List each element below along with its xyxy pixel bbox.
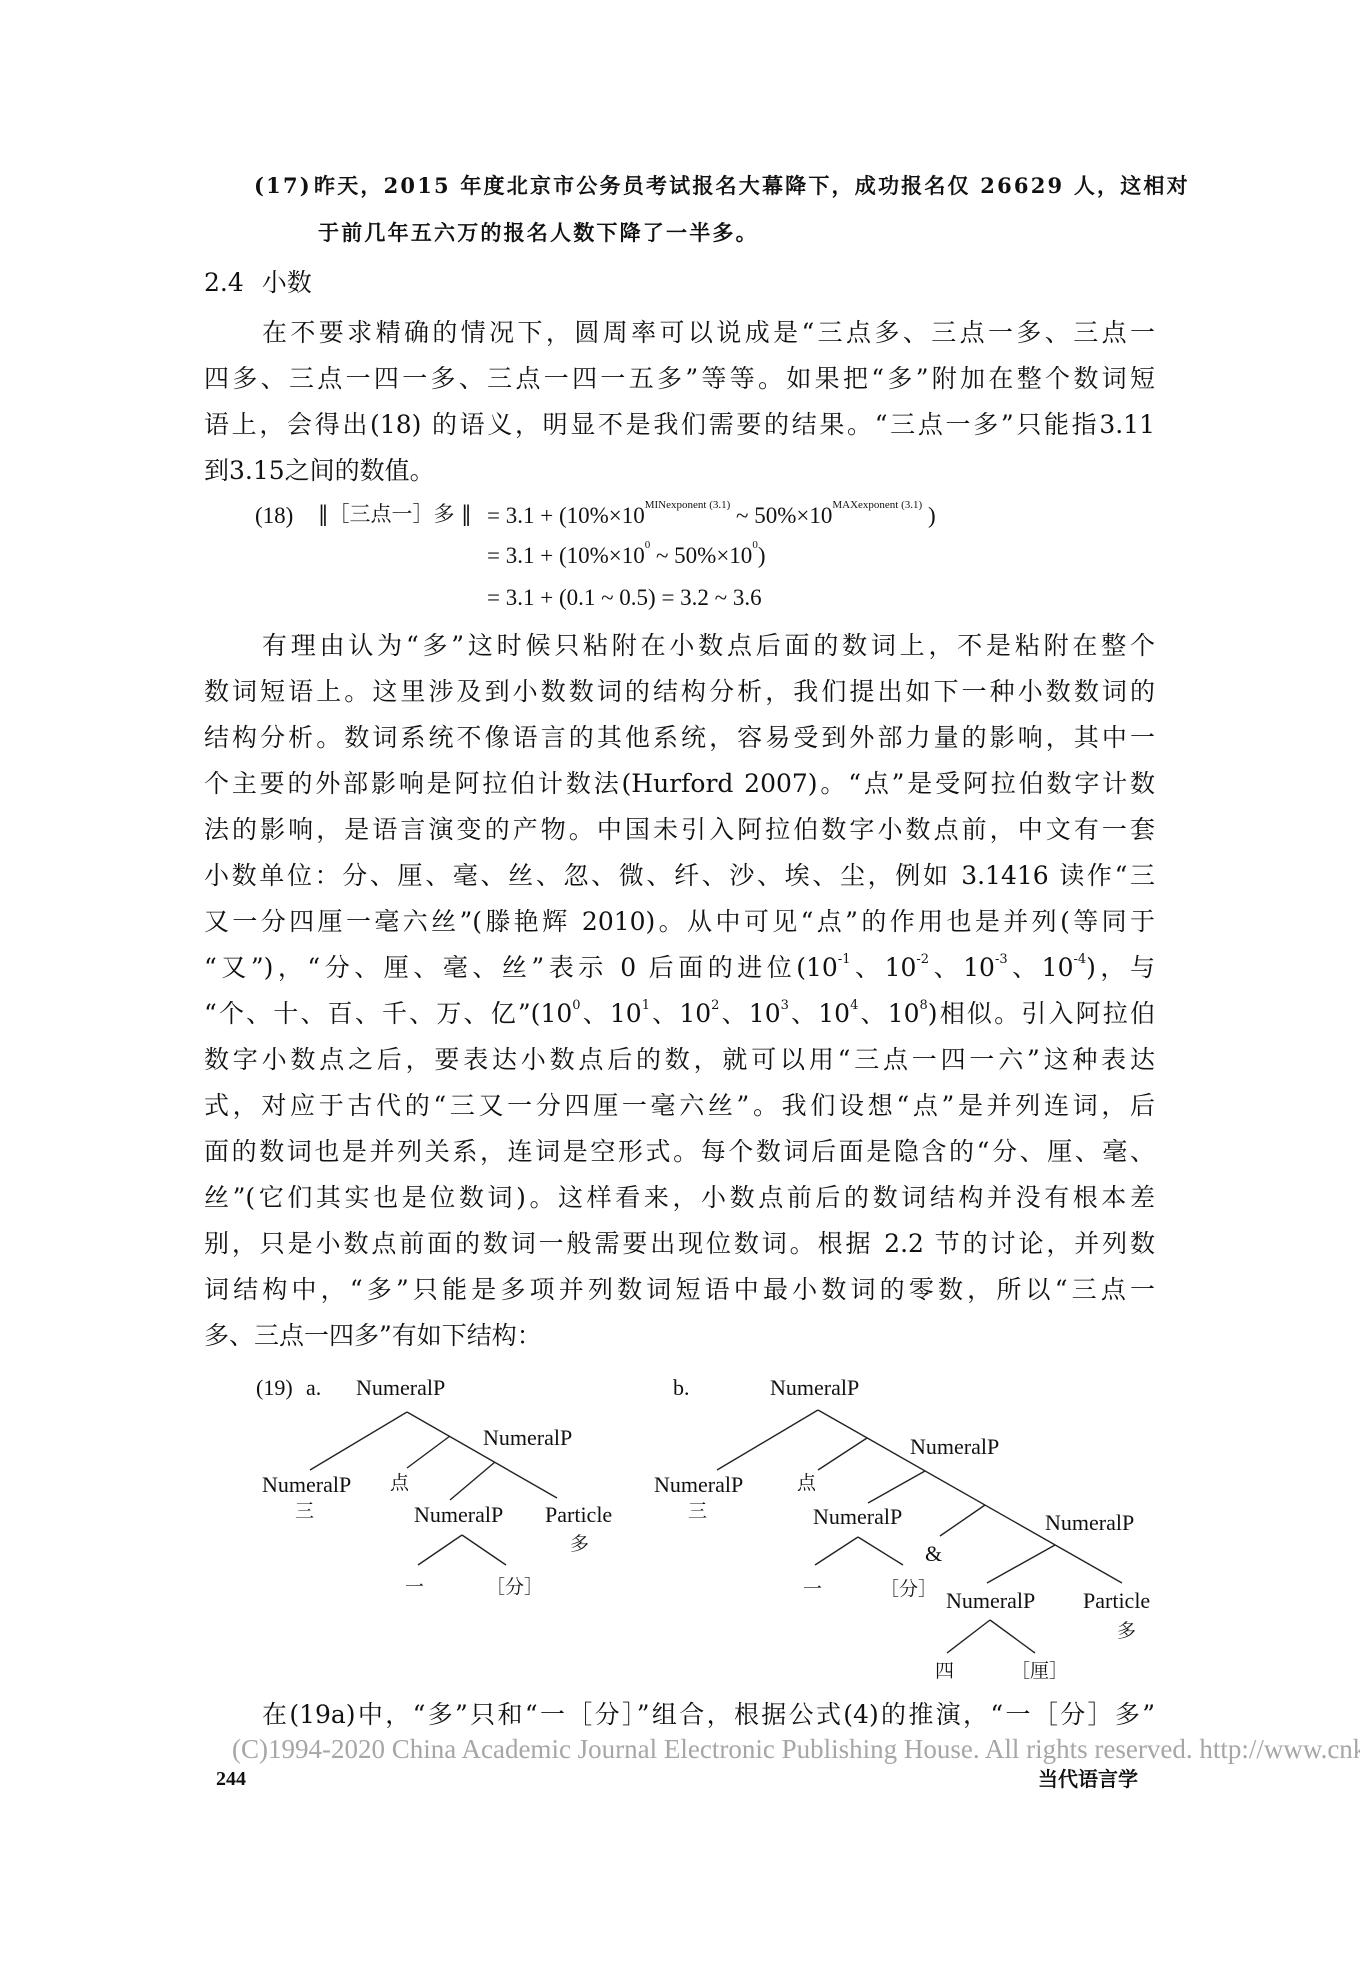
tree-b-unit-2: ［厘］ (1011, 1662, 1068, 1681)
tree-b-left-word: 三 (688, 1502, 707, 1521)
tree-b-label: b. (673, 1377, 690, 1399)
tree-b-particle-word: 多 (1117, 1622, 1136, 1641)
tree-a-left-node: NumeralP (262, 1474, 351, 1496)
tree-b-digit-2: 四 (935, 1662, 954, 1681)
tree-b-unit-1: ［分］ (880, 1580, 937, 1599)
tree-b-left-node: NumeralP (654, 1474, 743, 1496)
tree-b-inner-node-1: NumeralP (910, 1436, 999, 1458)
tree-b-numeral-node-1: NumeralP (813, 1506, 902, 1528)
tree-a-inner-node: NumeralP (483, 1427, 572, 1449)
tree-b-conj: 点 (797, 1474, 816, 1493)
tree-b-digit-1: 一 (803, 1580, 822, 1599)
tree-a-label: a. (306, 1377, 321, 1399)
copyright-notice: (C)1994-2020 China Academic Journal Elec… (232, 1736, 1360, 1763)
tree-b-inner-node-2: NumeralP (1045, 1512, 1134, 1534)
tree-b-particle-node: Particle (1083, 1590, 1150, 1612)
tree-a-digit: 一 (405, 1578, 424, 1597)
tree-a-conj: 点 (390, 1474, 409, 1493)
example-19-number: (19) (256, 1377, 293, 1399)
syntax-tree-lines (0, 0, 1360, 1965)
tree-a-particle-word: 多 (570, 1535, 589, 1554)
tree-a-unit: ［分］ (486, 1578, 543, 1597)
page-number: 244 (216, 1769, 246, 1789)
tree-a-numeral-node: NumeralP (414, 1504, 503, 1526)
tree-a-particle-node: Particle (545, 1504, 612, 1526)
tree-a-root: NumeralP (356, 1377, 445, 1399)
tree-b-root: NumeralP (770, 1377, 859, 1399)
paragraph-3-line: 在(19a)中，“多”只和“一［分］”组合，根据公式(4)的推演，“一［分］多” (262, 1702, 1155, 1727)
tree-b-ampersand: & (925, 1543, 942, 1565)
tree-a-left-word: 三 (295, 1502, 314, 1521)
journal-title: 当代语言学 (1038, 1769, 1138, 1789)
tree-b-numeral-node-2: NumeralP (946, 1590, 1035, 1612)
